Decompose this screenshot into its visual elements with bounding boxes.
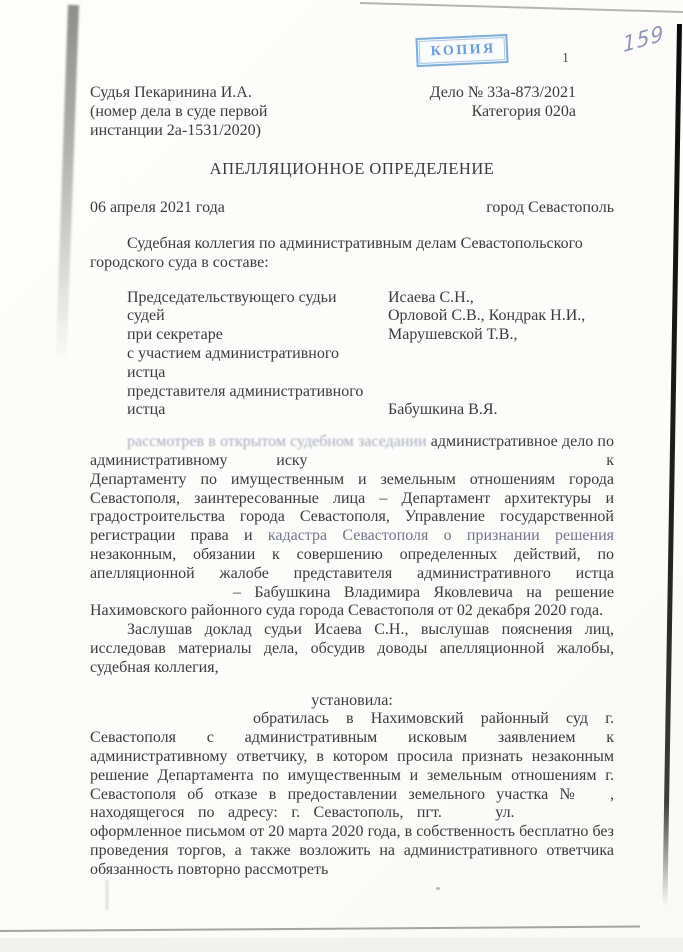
case-number: Дело № 33а-873/2021 [430, 84, 576, 103]
report-paragraph: Заслушав доклад судьи Исаева С.Н., выслу… [90, 621, 614, 677]
panel-row: судей Орловой С.В., Кондрак Н.И., [90, 307, 614, 326]
case-number-block: Дело № 33а-873/2021 Категория 020а [430, 84, 576, 140]
case-category: Категория 020а [430, 103, 576, 122]
first-instance-note-line1: (номер дела в суде первой [90, 103, 350, 122]
panel-row: истца [90, 364, 614, 383]
redacted-parcel-number [582, 797, 610, 799]
scanned-court-document: { "colors": { "stamp_blue": "#74a5d8", "… [0, 0, 683, 952]
body-text: незаконным, обязании к совершению опреде… [90, 546, 614, 582]
redacted-claimant-name [90, 721, 253, 723]
panel-role: Председательствующего судьи [127, 289, 388, 308]
scanner-background [0, 938, 683, 952]
section-heading-ustanovila: установила: [90, 692, 614, 711]
handwritten-folio-number: 159 [622, 21, 665, 57]
panel-row: истца Бабушкина В.Я. [90, 401, 614, 420]
redacted-settlement-name [455, 815, 495, 817]
panel-person: Орловой С.В., Кондрак Н.И., [388, 307, 614, 326]
paper-crease [106, 880, 108, 910]
paper-left-fold-shadow [55, 5, 79, 365]
redacted-name [90, 595, 233, 597]
body-text: – Бабушкина Владимира Яковлевича на реше… [90, 584, 614, 620]
copy-stamp: КОПИЯ [415, 34, 508, 67]
judicial-panel-list: Председательствующего судьи Исаева С.Н.,… [90, 289, 614, 421]
document-content: Судья Пекаринина И.А. (номер дела в суде… [90, 84, 614, 879]
document-title: АПЕЛЛЯЦИОННОЕ ОПРЕДЕЛЕНИЕ [90, 160, 614, 179]
case-description-paragraph: рассмотрев в открытом судебном заседании… [90, 433, 614, 621]
panel-role: истца [127, 401, 388, 420]
judge-block: Судья Пекаринина И.А. (номер дела в суде… [90, 84, 350, 140]
body-text: обратилась в Нахимовский районный суд г.… [90, 710, 614, 802]
ruling-date: 06 апреля 2021 года [90, 199, 225, 218]
panel-row: с участием административного [90, 345, 614, 364]
first-instance-note-line2: инстанции 2а-1531/2020) [90, 122, 350, 141]
panel-person [388, 364, 614, 383]
body-text: ул. [495, 804, 528, 821]
panel-role: представителя административного [127, 383, 388, 402]
faded-text: кадастра Севастополя о признании решения [268, 527, 614, 544]
scan-speck [436, 887, 440, 890]
panel-person: Бабушкина В.Я. [388, 401, 614, 420]
redacted-plaintiff-name [356, 463, 606, 465]
ruling-city: город Севастополь [486, 199, 614, 218]
panel-row: при секретаре Марушевской Т.В., [90, 326, 614, 345]
case-header: Судья Пекаринина И.А. (номер дела в суде… [90, 84, 614, 140]
judge-name: Судья Пекаринина И.А. [90, 84, 350, 103]
redacted-street-name [528, 815, 614, 817]
copy-stamp-label: КОПИЯ [428, 41, 496, 60]
paper-top-edge [360, 2, 683, 13]
panel-role: при секретаре [127, 326, 388, 345]
claim-paragraph: обратилась в Нахимовский районный суд г.… [90, 710, 614, 879]
panel-row: представителя административного [90, 383, 614, 402]
panel-intro-paragraph: Судебная коллегия по административным де… [90, 235, 614, 273]
panel-person [388, 345, 614, 364]
panel-role: судей [127, 307, 388, 326]
paper-bottom-edge [0, 926, 640, 932]
page-number: 1 [562, 51, 569, 67]
date-place-row: 06 апреля 2021 года город Севастополь [90, 199, 614, 218]
smudged-text: рассмотрев в открытом судебном заседании [127, 433, 427, 450]
panel-person: Исаева С.Н., [388, 289, 614, 308]
body-text: оформленное письмом от 20 марта 2020 год… [90, 823, 614, 878]
paper-sheet: КОПИЯ 159 1 Судья Пекаринина И.А. (номер… [0, 0, 683, 938]
panel-role: с участием административного [127, 345, 388, 364]
panel-person: Марушевской Т.В., [388, 326, 614, 345]
panel-row: Председательствующего судьи Исаева С.Н., [90, 289, 614, 308]
panel-role: истца [127, 364, 388, 383]
panel-person [388, 383, 614, 402]
